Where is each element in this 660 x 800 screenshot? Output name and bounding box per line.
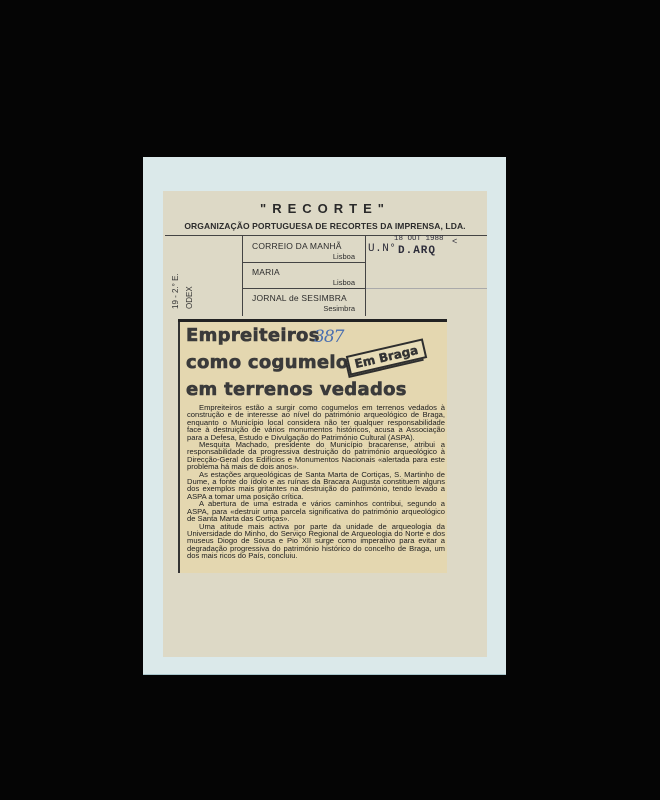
headline-line: como cogumelos	[186, 352, 360, 373]
publication-city: Lisboa	[333, 252, 355, 261]
mount-card: "RECORTE" ORGANIZAÇÃO PORTUGUESA DE RECO…	[143, 157, 506, 674]
side-odex-label: ODEX	[185, 286, 194, 309]
side-code-label: 19 - 2.° E.	[171, 273, 180, 309]
agency-title: "RECORTE"	[163, 201, 487, 216]
publication-row: CORREIO DA MANHÃ Lisboa	[243, 237, 365, 263]
stamp-archive: D.ARQ	[398, 245, 436, 257]
publication-city: Lisboa	[333, 278, 355, 287]
article-paragraph: Uma atitude mais activa por parte da uni…	[187, 523, 445, 560]
article-paragraph: A abertura de uma estrada e vários camin…	[187, 500, 445, 522]
headline-line: Empreiteiros	[186, 325, 320, 346]
publication-name: MARIA	[252, 267, 280, 277]
headline-line: em terrenos vedados	[186, 379, 407, 400]
agency-subtitle: ORGANIZAÇÃO PORTUGUESA DE RECORTES DA IM…	[163, 221, 487, 231]
newspaper-clipping: Empreiteiros 387 como cogumelos Em Braga…	[178, 319, 447, 573]
publication-name: CORREIO DA MANHÃ	[252, 241, 342, 251]
publication-row: JORNAL de SESIMBRA Sesimbra	[243, 289, 365, 315]
article-paragraph: Empreiteiros estão a surgir como cogumel…	[187, 404, 445, 441]
publication-name: JORNAL de SESIMBRA	[252, 293, 347, 303]
section-tag: Em Braga	[346, 338, 427, 375]
recorte-form: "RECORTE" ORGANIZAÇÃO PORTUGUESA DE RECO…	[163, 191, 487, 657]
pencil-number: 387	[314, 327, 343, 347]
article-body: Empreiteiros estão a surgir como cogumel…	[187, 404, 445, 560]
publication-row: MARIA Lisboa	[243, 263, 365, 289]
date-stamp: U.N° 18 OUT 1988 D.ARQ <	[368, 238, 396, 256]
row-divider-right	[366, 288, 487, 289]
stamp-prefix: U.N°	[368, 243, 396, 255]
clipping-top-rule	[178, 319, 447, 322]
publication-city: Sesimbra	[323, 304, 355, 313]
article-paragraph: Mesquita Machado, presidente do Municípi…	[187, 441, 445, 471]
column-divider	[365, 235, 366, 316]
stamp-date: 18 OUT 1988	[394, 235, 444, 243]
article-paragraph: As estações arqueológicas de Santa Marta…	[187, 471, 445, 501]
stamp-mark: <	[452, 237, 457, 247]
